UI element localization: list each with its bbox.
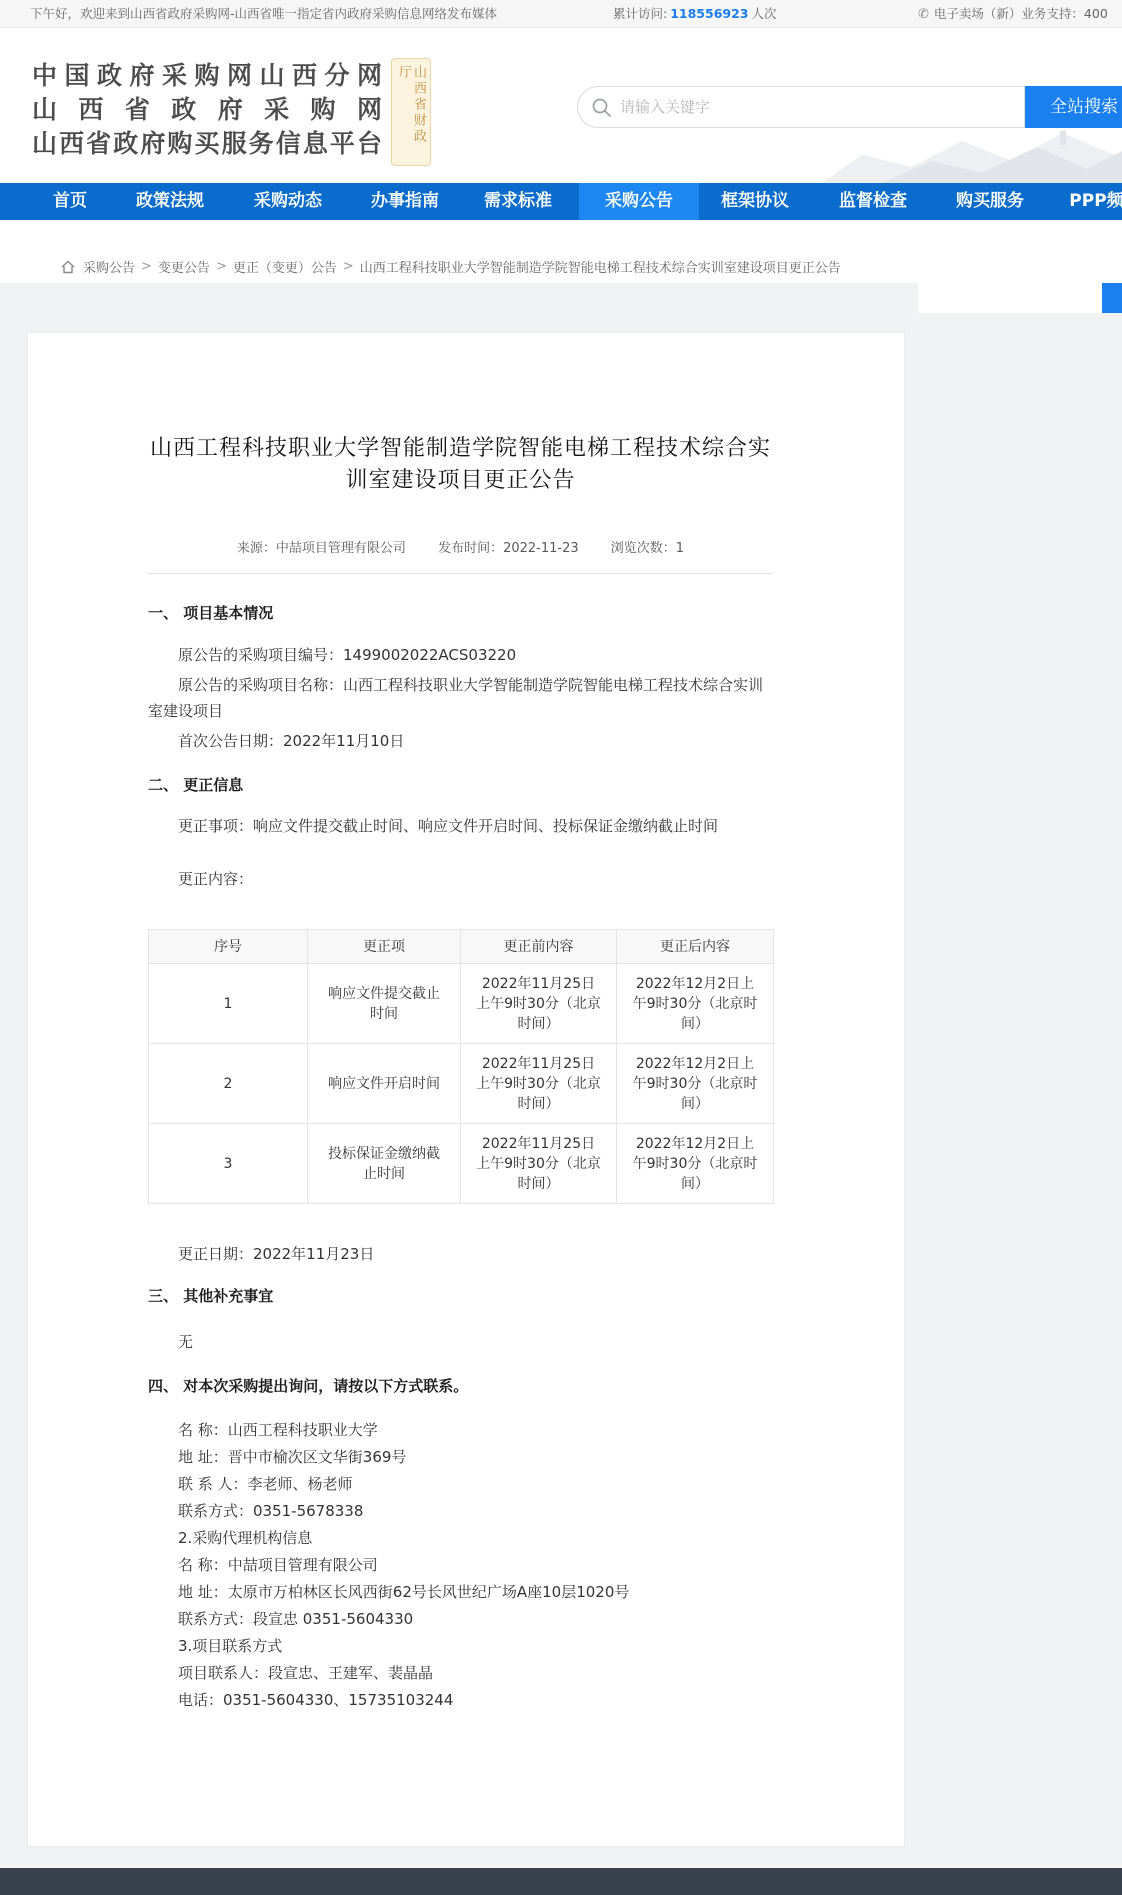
purchaser-contact-person: 联 系 人：李老师、杨老师 (148, 1471, 773, 1498)
search-button[interactable]: 全站搜索 (1025, 86, 1122, 128)
correction-items: 更正事项：响应文件提交截止时间、响应文件开启时间、投标保证金缴纳截止时间 (148, 813, 773, 839)
main-nav: 首页 政策法规 采购动态 办事指南 需求标准 采购公告 框架协议 监督检查 购买… (0, 183, 1122, 220)
col-header-index: 序号 (149, 930, 308, 964)
nav-item-requirement-standards[interactable]: 需求标准 (484, 183, 552, 220)
agency-name: 名 称：中喆项目管理有限公司 (148, 1552, 773, 1579)
cell-after: 2022年12月2日上午9时30分（北京时间） (617, 964, 774, 1044)
cell-item: 响应文件提交截止时间 (308, 964, 461, 1044)
correction-content-label: 更正内容： (148, 866, 773, 892)
section-3-heading: 三、 其他补充事宜 (148, 1285, 773, 1307)
cell-index: 1 (149, 964, 308, 1044)
support-text: 电子卖场（新）业务支持：400 (934, 6, 1108, 21)
nav-item-home[interactable]: 首页 (53, 183, 87, 220)
cell-after: 2022年12月2日上午9时30分（北京时间） (617, 1044, 774, 1124)
finance-department-seal: 山西省财政厅 (391, 58, 431, 166)
sidebar-widget-button[interactable] (1102, 283, 1122, 313)
site-header: 中国政府采购网山西分网 山西省政府采购网 山西省政府购买服务信息平台 山西省财政… (0, 28, 1122, 183)
purchaser-name: 名 称：山西工程科技职业大学 (148, 1417, 773, 1444)
cell-index: 3 (149, 1124, 308, 1204)
col-header-before: 更正前内容 (461, 930, 617, 964)
cell-index: 2 (149, 1044, 308, 1124)
agency-address: 地 址：太原市万柏林区长风西街62号长风世纪广场A座10层1020号 (148, 1579, 773, 1606)
announcement-card: 山西工程科技职业大学智能制造学院智能电梯工程技术综合实训室建设项目更正公告 来源… (27, 332, 905, 1847)
nav-item-policies[interactable]: 政策法规 (136, 183, 204, 220)
table-row: 3 投标保证金缴纳截止时间 2022年11月25日上午9时30分（北京时间） 2… (149, 1124, 774, 1204)
agency-contact-number: 联系方式：段宣忠 0351-5604330 (148, 1606, 773, 1633)
table-row: 1 响应文件提交截止时间 2022年11月25日上午9时30分（北京时间） 20… (149, 964, 774, 1044)
breadcrumb-separator: > (141, 259, 152, 274)
nav-item-framework-agreements[interactable]: 框架协议 (721, 183, 789, 220)
nav-item-purchase-services[interactable]: 购买服务 (956, 183, 1024, 220)
meta-publish-date: 发布时间：2022-11-23 (438, 541, 579, 556)
page-title: 山西工程科技职业大学智能制造学院智能电梯工程技术综合实训室建设项目更正公告 (148, 433, 773, 497)
section-3-body: 无 (148, 1329, 773, 1355)
phone-icon: ✆ (918, 7, 929, 22)
announcement-content: 山西工程科技职业大学智能制造学院智能电梯工程技术综合实训室建设项目更正公告 来源… (148, 333, 773, 1714)
cell-after: 2022年12月2日上午9时30分（北京时间） (617, 1124, 774, 1204)
visits-count: 118556923 (667, 6, 751, 21)
article-meta: 来源：中喆项目管理有限公司 发布时间：2022-11-23 浏览次数：1 (148, 537, 773, 556)
search-input[interactable] (620, 88, 1016, 126)
cell-before: 2022年11月25日上午9时30分（北京时间） (461, 964, 617, 1044)
cell-item: 响应文件开启时间 (308, 1044, 461, 1124)
col-header-item: 更正项 (308, 930, 461, 964)
breadcrumb-bar: 采购公告 > 变更公告 > 更正（变更）公告 > 山西工程科技职业大学智能制造学… (0, 220, 1122, 283)
logo-line-2: 山西省政府采购网 (32, 93, 382, 127)
correction-table: 序号 更正项 更正前内容 更正后内容 1 响应文件提交截止时间 2022年11月… (148, 929, 774, 1204)
page: 下午好，欢迎来到山西省政府采购网-山西省唯一指定省内政府采购信息网络发布媒体 累… (0, 0, 1122, 1895)
correction-date: 更正日期：2022年11月23日 (148, 1241, 773, 1267)
cell-before: 2022年11月25日上午9时30分（北京时间） (461, 1124, 617, 1204)
cell-before: 2022年11月25日上午9时30分（北京时间） (461, 1044, 617, 1124)
project-number: 原公告的采购项目编号：1499002022ACS03220 (148, 642, 773, 668)
page-body: 山西工程科技职业大学智能制造学院智能电梯工程技术综合实训室建设项目更正公告 来源… (0, 283, 1122, 1895)
project-contact-phones: 电话：0351-5604330、15735103244 (148, 1687, 773, 1714)
search-icon (591, 97, 613, 119)
logo-line-1: 中国政府采购网山西分网 (32, 59, 382, 93)
nav-item-ppp-channel[interactable]: PPP频道 (1069, 183, 1122, 220)
purchaser-address: 地 址：晋中市榆次区文华街369号 (148, 1444, 773, 1471)
cell-item: 投标保证金缴纳截止时间 (308, 1124, 461, 1204)
section-2-heading: 二、 更正信息 (148, 774, 773, 796)
purchaser-contact-number: 联系方式：0351-5678338 (148, 1498, 773, 1525)
logo-line-3: 山西省政府购买服务信息平台 (32, 127, 382, 161)
welcome-text: 下午好，欢迎来到山西省政府采购网-山西省唯一指定省内政府采购信息网络发布媒体 (30, 0, 497, 28)
meta-view-count: 浏览次数：1 (611, 541, 684, 556)
breadcrumb-current-page: 山西工程科技职业大学智能制造学院智能电梯工程技术综合实训室建设项目更正公告 (360, 257, 841, 276)
visits-label: 累计访问: (613, 6, 667, 21)
breadcrumb-change-announcements[interactable]: 变更公告 (158, 257, 210, 276)
home-icon[interactable] (60, 259, 76, 275)
site-logo-link[interactable]: 中国政府采购网山西分网 山西省政府采购网 山西省政府购买服务信息平台 (32, 59, 382, 161)
meta-source: 来源：中喆项目管理有限公司 (237, 541, 406, 556)
support-hotline: ✆电子卖场（新）业务支持：400 (918, 0, 1108, 29)
breadcrumb: 采购公告 > 变更公告 > 更正（变更）公告 > 山西工程科技职业大学智能制造学… (60, 257, 841, 276)
meta-divider (148, 573, 773, 574)
nav-item-supervision[interactable]: 监督检查 (839, 183, 907, 220)
breadcrumb-separator: > (343, 259, 354, 274)
visit-counter: 累计访问:118556923人次 (613, 0, 777, 28)
section-1-heading: 一、 项目基本情况 (148, 602, 773, 624)
topbar: 下午好，欢迎来到山西省政府采购网-山西省唯一指定省内政府采购信息网络发布媒体 累… (0, 0, 1122, 28)
project-contact-section-label: 3.项目联系方式 (148, 1633, 773, 1660)
breadcrumb-separator: > (216, 259, 227, 274)
agency-section-label: 2.采购代理机构信息 (148, 1525, 773, 1552)
contact-info: 名 称：山西工程科技职业大学 地 址：晋中市榆次区文华街369号 联 系 人：李… (148, 1417, 773, 1714)
breadcrumb-procurement-announcements[interactable]: 采购公告 (83, 257, 135, 276)
nav-item-guide[interactable]: 办事指南 (371, 183, 439, 220)
nav-item-procurement-announcements-active[interactable]: 采购公告 (579, 183, 699, 220)
site-search (577, 86, 1025, 128)
breadcrumb-correction-announcements[interactable]: 更正（变更）公告 (233, 257, 337, 276)
nav-item-procurement-news[interactable]: 采购动态 (254, 183, 322, 220)
first-announcement-date: 首次公告日期：2022年11月10日 (148, 728, 773, 754)
sidebar-widget (918, 283, 1122, 313)
project-name: 原公告的采购项目名称：山西工程科技职业大学智能制造学院智能电梯工程技术综合实训室… (148, 672, 773, 724)
section-4-heading: 四、 对本次采购提出询问，请按以下方式联系。 (148, 1375, 773, 1397)
table-header-row: 序号 更正项 更正前内容 更正后内容 (149, 930, 774, 964)
footer-bar (0, 1868, 1122, 1895)
project-contact-persons: 项目联系人：段宣忠、王建军、裴晶晶 (148, 1660, 773, 1687)
col-header-after: 更正后内容 (617, 930, 774, 964)
visits-unit: 人次 (752, 6, 777, 21)
table-row: 2 响应文件开启时间 2022年11月25日上午9时30分（北京时间） 2022… (149, 1044, 774, 1124)
